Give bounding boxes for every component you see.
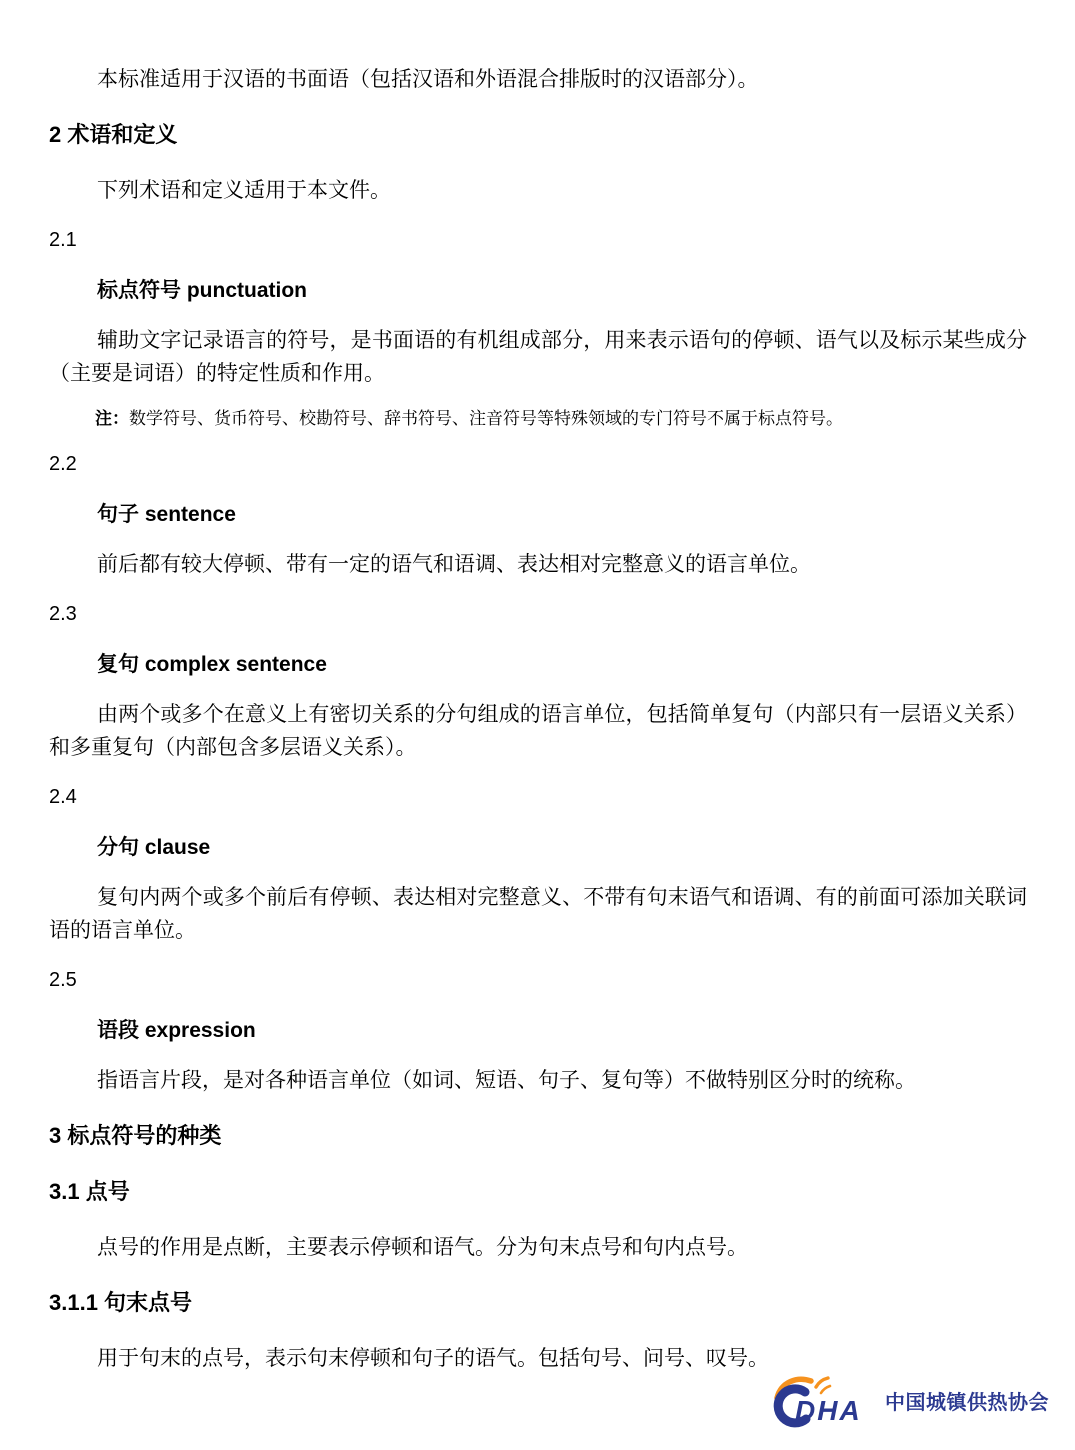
punctuation-definition-paragraph: 辅助文字记录语言的符号，是书面语的有机组成部分，用来表示语句的停顿、语气以及标示… [49, 324, 1027, 390]
clause-2-1-number: 2.1 [49, 224, 1027, 257]
term-expression-heading: 语段 expression [49, 1014, 1027, 1047]
dha-abbr-text: DHA [795, 1395, 862, 1426]
complex-sentence-definition-paragraph: 由两个或多个在意义上有密切关系的分句组成的语言单位，包括简单复句（内部只有一层语… [49, 698, 1027, 764]
term-punctuation-heading: 标点符号 punctuation [49, 274, 1027, 307]
clause-2-4-number: 2.4 [49, 781, 1027, 814]
association-name: 中国城镇供热协会 [885, 1386, 1049, 1415]
clause-2-5-number: 2.5 [49, 964, 1027, 997]
dha-logo-icon: DHA [771, 1372, 875, 1428]
scope-paragraph: 本标准适用于汉语的书面语（包括汉语和外语混合排版时的汉语部分）。 [49, 63, 1027, 96]
note-text: 数学符号、货币符号、校勘符号、辞书符号、注音符号等特殊领域的专门符号不属于标点符… [129, 409, 843, 428]
clause-definition-paragraph: 复句内两个或多个前后有停顿、表达相对完整意义、不带有句末语气和语调、有的前面可添… [49, 881, 1027, 947]
expression-definition-paragraph: 指语言片段，是对各种语言单位（如词、短语、句子、复句等）不做特别区分时的统称。 [49, 1064, 1027, 1097]
document-page: 本标准适用于汉语的书面语（包括汉语和外语混合排版时的汉语部分）。 2 术语和定义… [0, 0, 1075, 1375]
dianhao-paragraph: 点号的作用是点断，主要表示停顿和语气。分为句末点号和句内点号。 [49, 1231, 1027, 1264]
note-label: 注： [95, 409, 129, 428]
association-logo: DHA 中国城镇供热协会 [771, 1372, 1049, 1428]
term-sentence-heading: 句子 sentence [49, 498, 1027, 531]
sentence-end-marks-paragraph: 用于句末的点号，表示句末停顿和句子的语气。包括句号、问号、叹号。 [49, 1342, 1027, 1375]
section-3-heading: 3 标点符号的种类 [49, 1119, 1027, 1153]
section-2-heading: 2 术语和定义 [49, 118, 1027, 152]
terms-intro-paragraph: 下列术语和定义适用于本文件。 [49, 174, 1027, 207]
term-complex-sentence-heading: 复句 complex sentence [49, 648, 1027, 681]
section-3-1-1-heading: 3.1.1 句末点号 [49, 1286, 1027, 1320]
section-3-1-heading: 3.1 点号 [49, 1175, 1027, 1209]
punctuation-note: 注：数学符号、货币符号、校勘符号、辞书符号、注音符号等特殊领域的专门符号不属于标… [49, 407, 1027, 431]
term-clause-heading: 分句 clause [49, 831, 1027, 864]
clause-2-2-number: 2.2 [49, 448, 1027, 481]
sentence-definition-paragraph: 前后都有较大停顿、带有一定的语气和语调、表达相对完整意义的语言单位。 [49, 548, 1027, 581]
clause-2-3-number: 2.3 [49, 598, 1027, 631]
